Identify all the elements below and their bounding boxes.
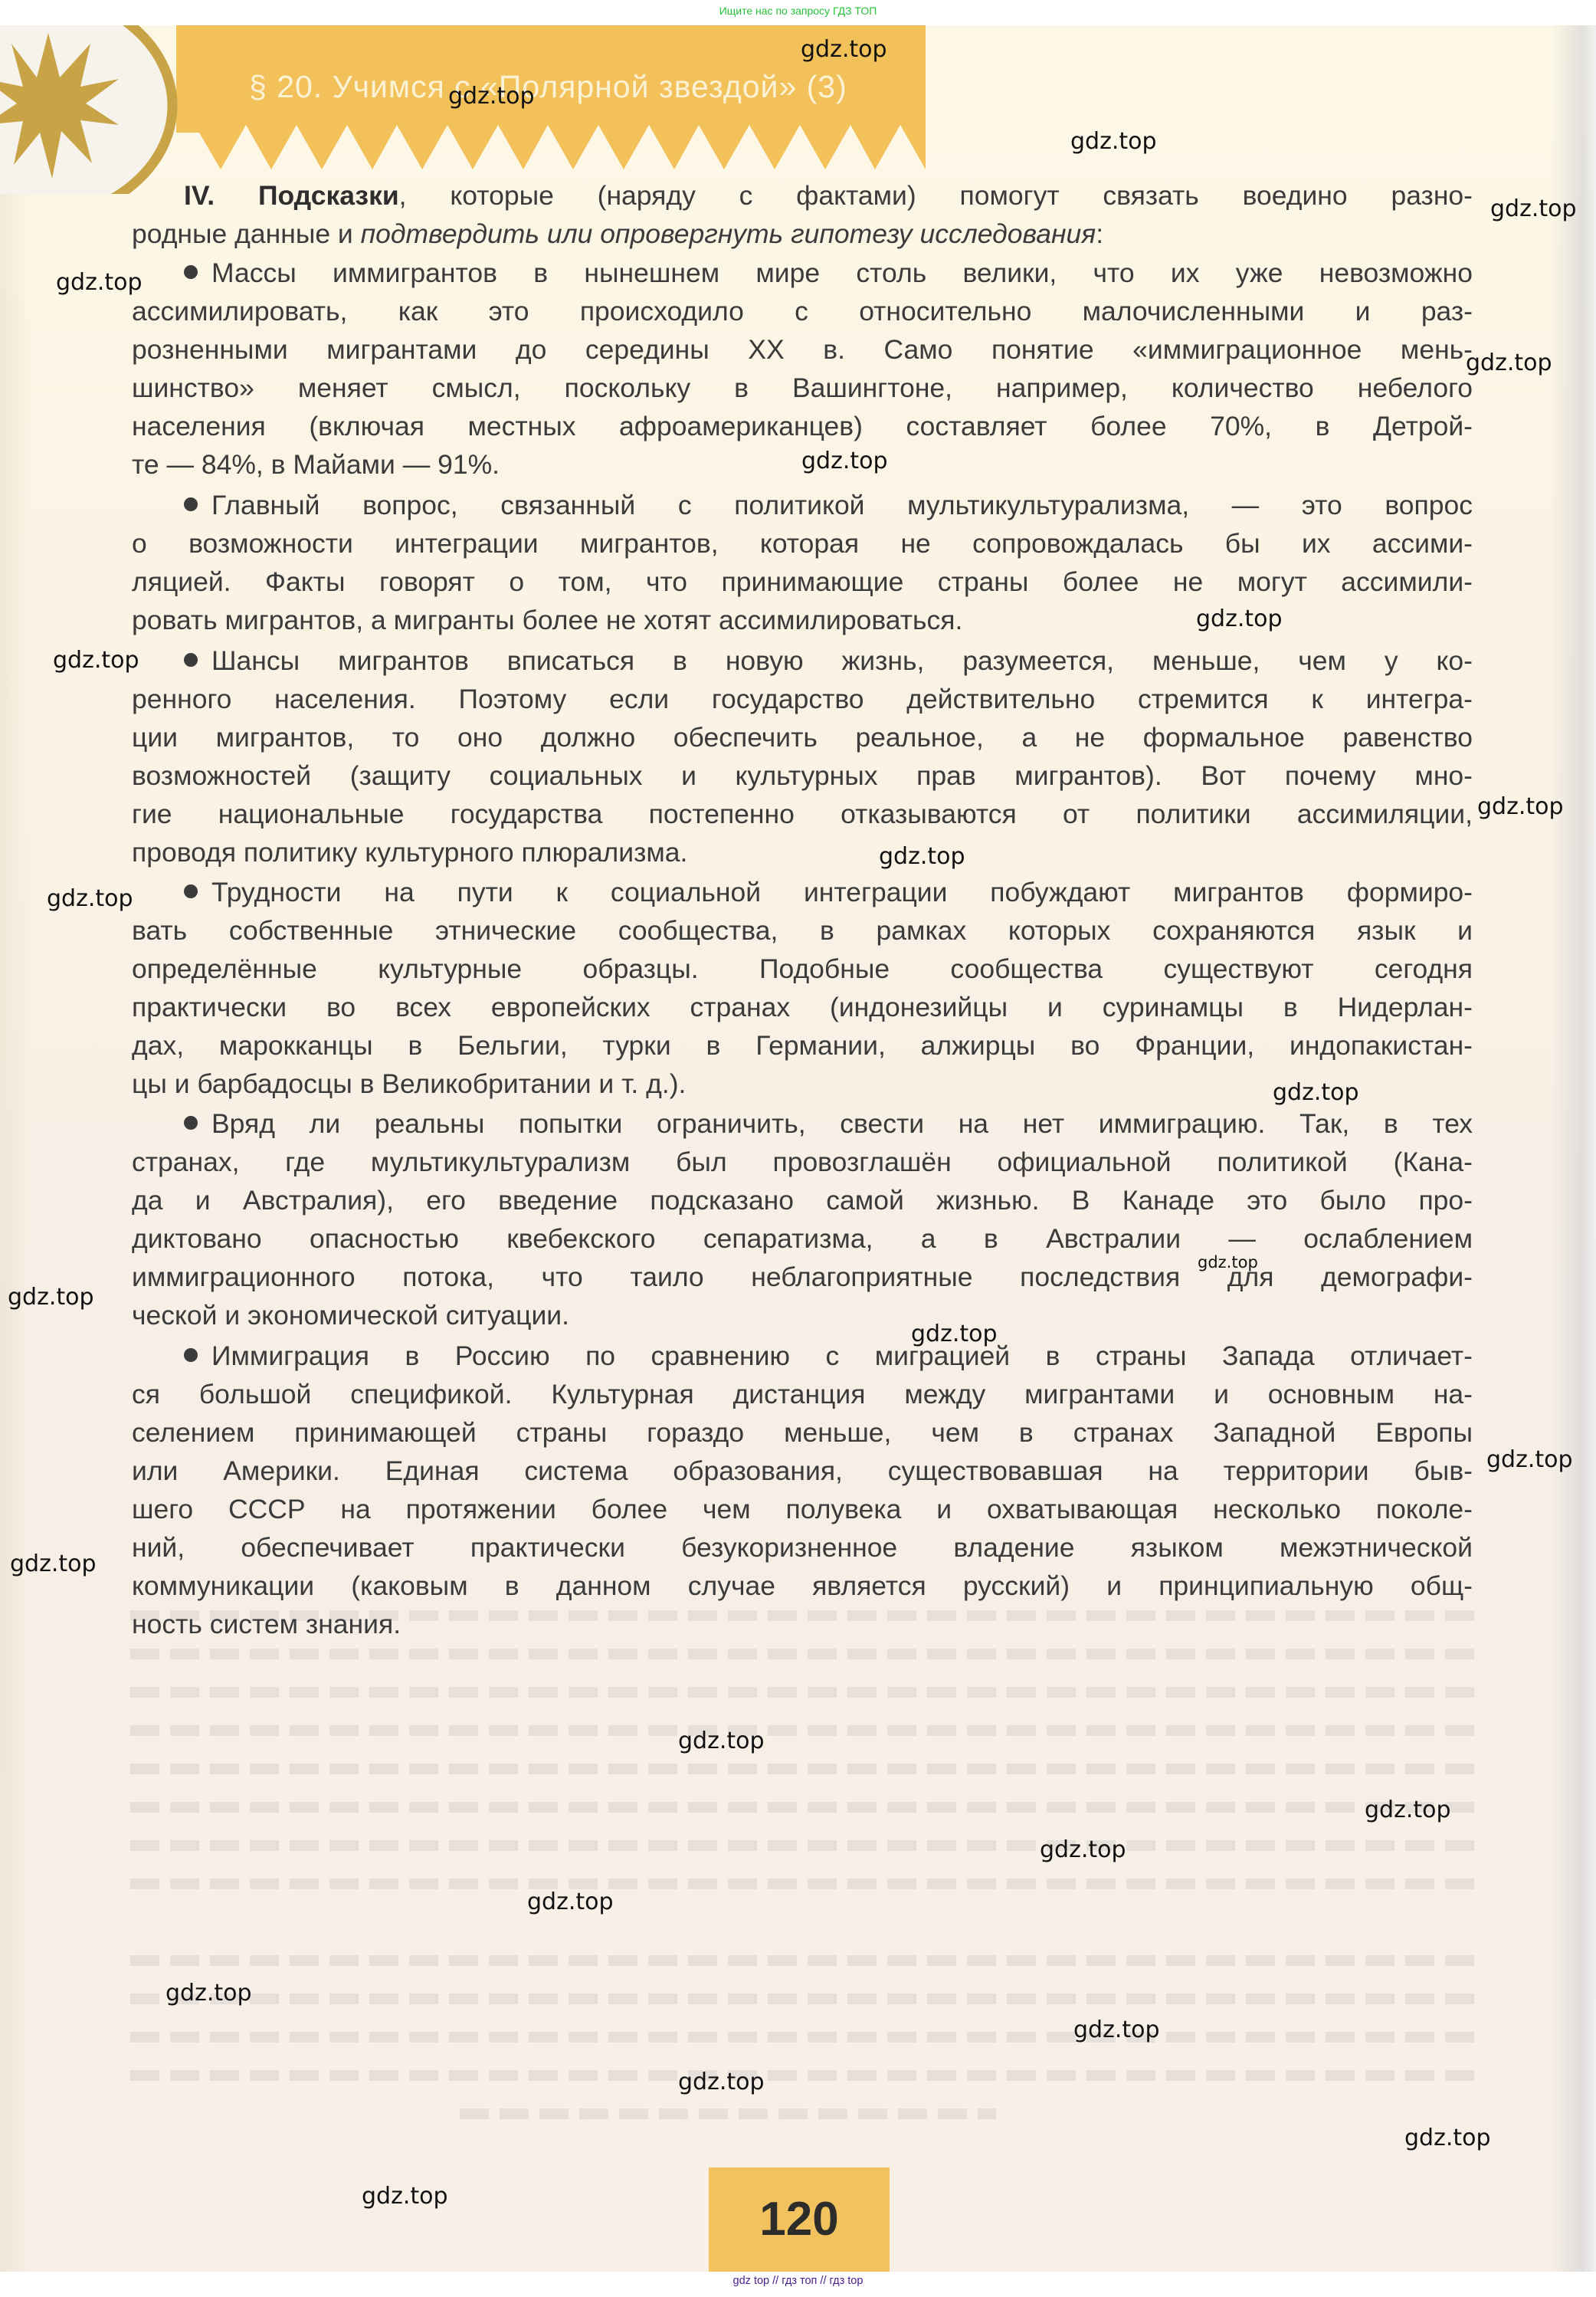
bullet-icon <box>184 1116 198 1130</box>
watermark-text: gdz.top <box>801 37 887 63</box>
bleed-through-line <box>460 2108 996 2119</box>
bleed-through-line <box>130 1649 1479 1659</box>
star-emblem-icon <box>0 25 199 194</box>
watermark-text: gdz.top <box>53 648 139 674</box>
watermark-text: gdz.top <box>10 1551 97 1577</box>
bullet-4-line: практически во всех европейских странах … <box>132 988 1473 1026</box>
bullet-6-line: ся большой спецификой. Культурная дистан… <box>132 1375 1473 1413</box>
bullet-3-line: проводя политику культурного плюрализма. <box>132 833 1473 871</box>
watermark-text: gdz.top <box>801 448 888 474</box>
watermark-text: gdz.top <box>56 270 143 296</box>
page-number: 120 <box>709 2193 890 2246</box>
watermark-text: gdz.top <box>1196 606 1283 632</box>
watermark-text: gdz.top <box>47 886 133 912</box>
hypothesis-emphasis: подтвердить или опровергнуть гипотезу ис… <box>361 218 1096 249</box>
bullet-5-line: да и Австралия), его введение подсказано… <box>132 1181 1473 1219</box>
watermark-text: gdz.top <box>678 2069 765 2095</box>
intro-line-1: IV. Подсказки, которые (наряду с фактами… <box>184 176 1473 215</box>
watermark-text: gdz.top <box>1477 794 1564 820</box>
bleed-through-line <box>130 2070 1479 2081</box>
text-span: родные данные и <box>132 218 361 249</box>
text-span: , которые (наряду с фактами) помогут свя… <box>399 180 1473 211</box>
bleed-through-line <box>130 1955 1479 1966</box>
bullet-1-line: розненными мигрантами до середины XX в. … <box>132 330 1473 369</box>
watermark-text: gdz.top <box>1070 129 1157 155</box>
bullet-3-line: возможностей (защиту социальных и культу… <box>132 756 1473 795</box>
page-title: § 20. Учимся с «Полярной звездой» (3) <box>249 64 847 110</box>
footer-links[interactable]: gdz top // гдз топ // гдз top <box>0 2275 1596 2292</box>
watermark-text: gdz.top <box>879 844 965 870</box>
bleed-through-line <box>130 1802 1479 1813</box>
bullet-icon <box>184 497 198 511</box>
watermark-text: gdz.top <box>1273 1080 1359 1106</box>
bullet-icon <box>184 884 198 898</box>
text-span: : <box>1096 218 1103 249</box>
bullet-6-line: селением принимающей страны гораздо мень… <box>132 1413 1473 1452</box>
page-number-tab: 120 <box>709 2167 890 2272</box>
bleed-through-line <box>130 1687 1479 1698</box>
bleed-through-line <box>130 1840 1479 1851</box>
section-heading: IV. Подсказки <box>184 180 399 211</box>
bleed-through-line <box>130 1993 1479 2004</box>
bleed-through-line <box>130 1764 1479 1774</box>
bullet-6-line: шего СССР на протяжении более чем полуве… <box>132 1490 1473 1528</box>
bleed-through-line <box>130 1725 1479 1736</box>
bullet-4-line: дах, марокканцы в Бельгии, турки в Герма… <box>132 1026 1473 1065</box>
bullet-1-line: населения (включая местных афроамериканц… <box>132 407 1473 445</box>
intro-line-2: родные данные и подтвердить или опроверг… <box>132 215 1473 253</box>
watermark-text: gdz.top <box>1198 1253 1258 1272</box>
watermark-text: gdz.top <box>1073 2017 1160 2043</box>
bullet-4-line: вать собственные этнические сообщества, … <box>132 911 1473 950</box>
bullet-icon <box>184 653 198 667</box>
text-span: Иммиграция в Россию по сравнению с мигра… <box>211 1340 1473 1371</box>
bullet-3-line: гие национальные государства постепенно … <box>132 795 1473 833</box>
watermark-text: gdz.top <box>911 1321 998 1347</box>
bullet-1-line: ассимилировать, как это происходило с от… <box>132 292 1473 330</box>
bullet-6-line-1: Иммиграция в Россию по сравнению с мигра… <box>184 1337 1473 1375</box>
text-span: Трудности на пути к социальной интеграци… <box>211 877 1473 907</box>
bullet-6-line: ний, обеспечивает практически безукоризн… <box>132 1528 1473 1567</box>
bleed-through-line <box>130 1879 1479 1889</box>
watermark-text: gdz.top <box>678 1728 765 1754</box>
watermark-text: gdz.top <box>1040 1837 1126 1863</box>
watermark-text: gdz.top <box>1490 196 1577 222</box>
bullet-6-line: или Америки. Единая система образования,… <box>132 1452 1473 1490</box>
bullet-5-line: странах, где мультикультурализм был пров… <box>132 1143 1473 1181</box>
bullet-2-line: ляцией. Факты говорят о том, что принима… <box>132 563 1473 601</box>
bullet-3-line: ренного населения. Поэтому если государс… <box>132 680 1473 718</box>
textbook-page: § 20. Учимся с «Полярной звездой» (3) IV… <box>0 25 1596 2272</box>
watermark-text: gdz.top <box>527 1889 614 1915</box>
bullet-4-line: определённые культурные образцы. Подобны… <box>132 950 1473 988</box>
bullet-2-line: о возможности интеграции мигрантов, кото… <box>132 524 1473 563</box>
watermark-text: gdz.top <box>1486 1447 1573 1473</box>
text-span: Вряд ли реальны попытки ограничить, свес… <box>211 1108 1473 1139</box>
watermark-text: gdz.top <box>8 1285 94 1311</box>
text-span: Шансы мигрантов вписаться в новую жизнь,… <box>211 645 1473 676</box>
text-span: Массы иммигрантов в нынешнем мире столь … <box>211 258 1473 288</box>
watermark-text: gdz.top <box>448 84 535 110</box>
bullet-4-line: цы и барбадосцы в Великобритании и т. д.… <box>132 1065 1473 1103</box>
bullet-3-line: ции мигрантов, то оно должно обеспечить … <box>132 718 1473 756</box>
bullet-2-line-1: Главный вопрос, связанный с политикой му… <box>184 486 1473 524</box>
search-hint-banner: Ищите нас по запросу ГДЗ ТОП <box>0 5 1596 20</box>
watermark-text: gdz.top <box>1365 1797 1451 1823</box>
bullet-5-line: диктовано опасностью квебекского сепарат… <box>132 1219 1473 1258</box>
bullet-6-line: коммуникации (каковым в данном случае яв… <box>132 1567 1473 1605</box>
bullet-5-line-1: Вряд ли реальны попытки ограничить, свес… <box>184 1104 1473 1143</box>
bullet-icon <box>184 1348 198 1362</box>
watermark-text: gdz.top <box>1404 2125 1491 2151</box>
bullet-1-line-1: Массы иммигрантов в нынешнем мире столь … <box>184 254 1473 292</box>
bullet-5-line: иммиграционного потока, что таило неблаг… <box>132 1258 1473 1296</box>
bullet-3-line-1: Шансы мигрантов вписаться в новую жизнь,… <box>184 642 1473 680</box>
bullet-icon <box>184 265 198 279</box>
bleed-through-line <box>130 2032 1479 2043</box>
watermark-text: gdz.top <box>165 1980 252 2007</box>
bullet-4-line-1: Трудности на пути к социальной интеграци… <box>184 873 1473 911</box>
bullet-6-line: ность систем знания. <box>132 1605 1473 1643</box>
text-span: Главный вопрос, связанный с политикой му… <box>211 490 1473 520</box>
watermark-text: gdz.top <box>1466 350 1552 376</box>
watermark-text: gdz.top <box>362 2184 448 2210</box>
bullet-1-line: шинство» меняет смысл, поскольку в Вашин… <box>132 369 1473 407</box>
bullet-5-line: ческой и экономической ситуации. <box>132 1296 1473 1334</box>
